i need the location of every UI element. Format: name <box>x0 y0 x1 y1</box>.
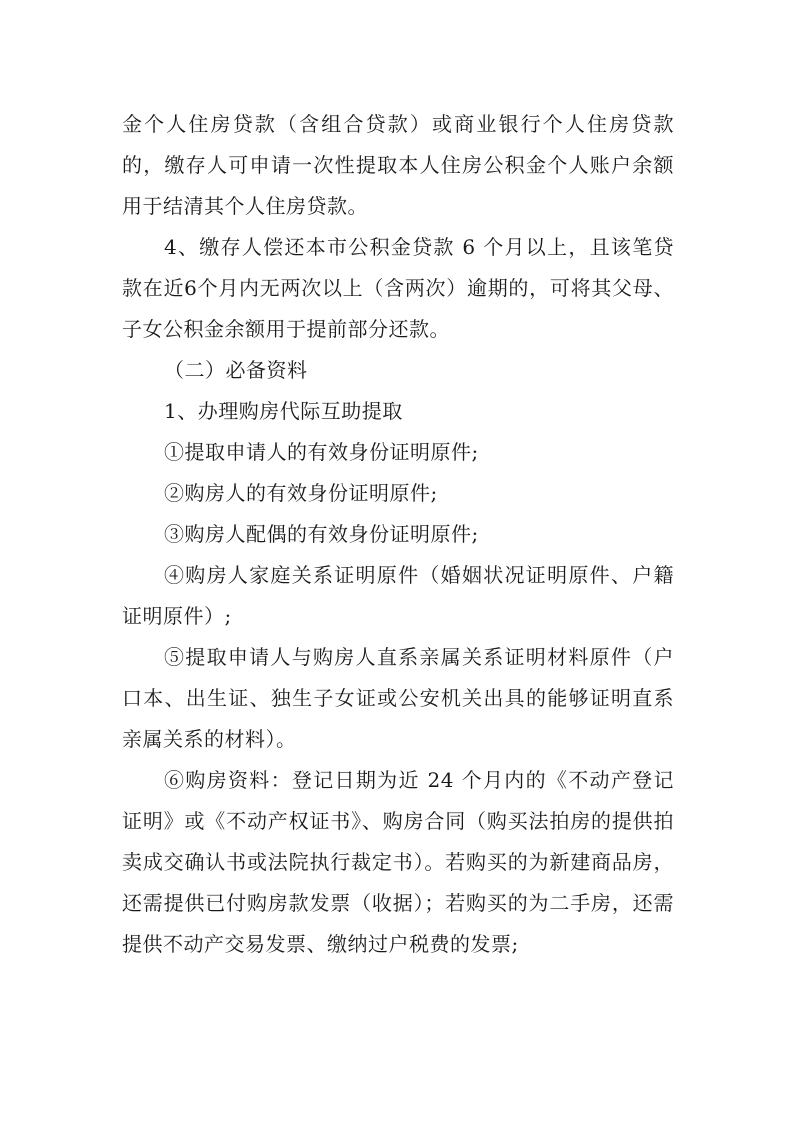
subsection-heading-intergenerational-withdrawal: 1、办理购房代际互助提取 <box>122 391 674 432</box>
requirement-item-2: ②购房人的有效身份证明原件; <box>122 473 674 514</box>
document-page: 金个人住房贷款（含组合贷款）或商业银行个人住房贷款的，缴存人可申请一次性提取本人… <box>122 104 674 965</box>
paragraph-continuation: 金个人住房贷款（含组合贷款）或商业银行个人住房贷款的，缴存人可申请一次性提取本人… <box>122 104 674 227</box>
paragraph-item-4: 4、缴存人偿还本市公积金贷款 6 个月以上，且该笔贷款在近6个月内无两次以上（含… <box>122 227 674 350</box>
requirement-item-3: ③购房人配偶的有效身份证明原件; <box>122 514 674 555</box>
requirement-item-6: ⑥购房资料：登记日期为近 24 个月内的《不动产登记证明》或《不动产权证书》、购… <box>122 760 674 965</box>
requirement-item-5: ⑤提取申请人与购房人直系亲属关系证明材料原件（户口本、出生证、独生子女证或公安机… <box>122 637 674 760</box>
requirement-item-1: ①提取申请人的有效身份证明原件; <box>122 432 674 473</box>
section-heading-required-materials: （二）必备资料 <box>122 350 674 391</box>
requirement-item-4: ④购房人家庭关系证明原件（婚姻状况证明原件、户籍证明原件）; <box>122 555 674 637</box>
